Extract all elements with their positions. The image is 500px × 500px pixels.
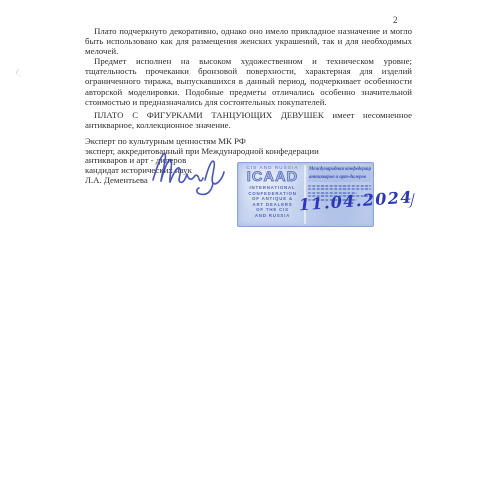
stamp-logo-icaad: ICAAD [240, 170, 306, 184]
handwritten-signature [150, 146, 236, 198]
scan-artifact [15, 69, 25, 77]
paragraph-conclusion: ПЛАТО С ФИГУРКАМИ ТАНЦУЮЩИХ ДЕВУШЕК имее… [85, 110, 412, 130]
stamp-cyrillic-title-line: антикваров и арт-дилеров [308, 174, 371, 182]
fineprint-row [308, 185, 371, 187]
paragraph-decorative-purpose: Плато подчеркнуто декоративно, однако он… [85, 26, 412, 56]
stamp-latin-line: INTERNATIONAL [242, 185, 303, 191]
paragraph-craftsmanship: Предмет исполнен на высоком художественн… [85, 56, 412, 106]
stamp-cyrillic-title-line: Международная конфедерация [308, 166, 371, 174]
stamp-latin-lines: INTERNATIONAL CONFEDERATION OF ANTIQUE &… [242, 185, 303, 218]
stamp-latin-line: AND RUSSIA [242, 213, 303, 219]
stamp-latin-section: CIS AND RUSSIA ICAAD INTERNATIONAL CONFE… [242, 165, 303, 224]
scanned-document-page: 2 Плато подчеркнуто декоративно, однако … [0, 0, 500, 500]
page-number: 2 [393, 15, 398, 25]
